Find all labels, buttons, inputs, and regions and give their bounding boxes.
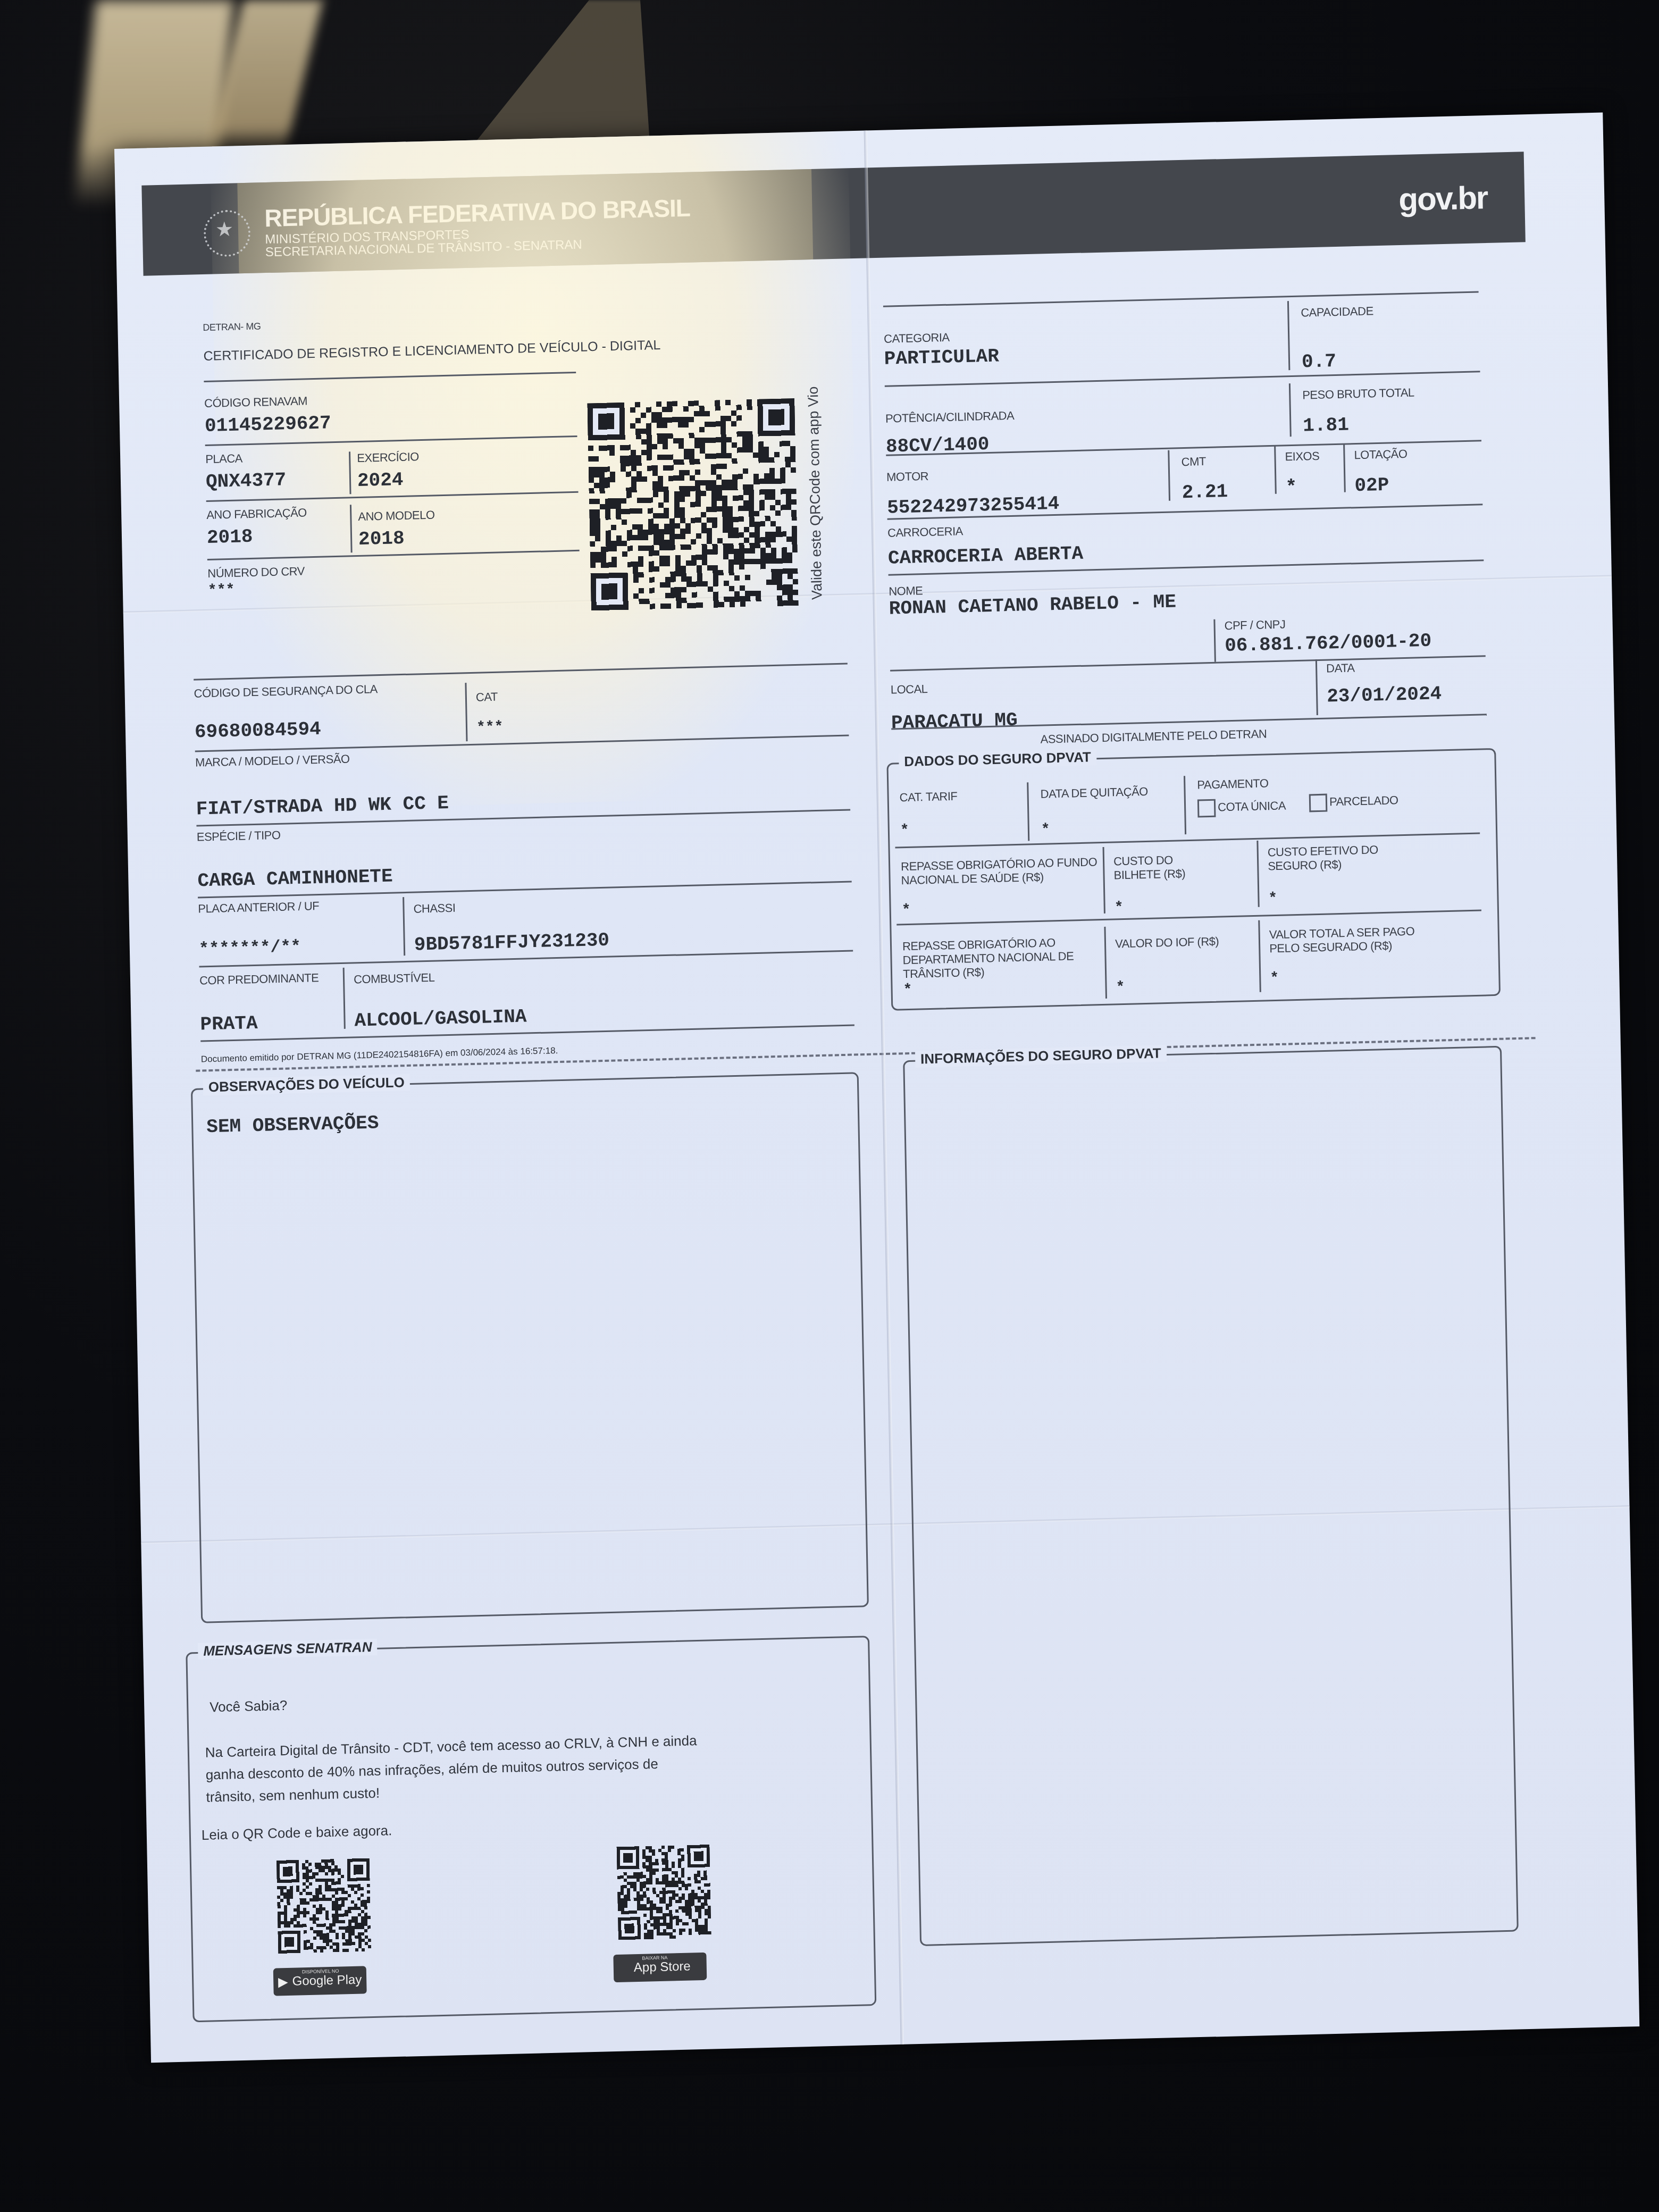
govbr-logo: gov.br [1398, 179, 1488, 218]
crv-label: NÚMERO DO CRV [207, 564, 305, 580]
observacoes-text: SEM OBSERVAÇÕES [206, 1112, 379, 1138]
dpvat-box: DADOS DO SEGURO DPVAT CAT. TARIF * DATA … [886, 748, 1501, 1011]
ano-modelo-label: ANO MODELO [358, 508, 435, 524]
exercicio-label: EXERCÍCIO [357, 450, 419, 465]
repasse-fns-label: REPASSE OBRIGATÓRIO AO FUNDO NACIONAL DE… [901, 855, 1103, 887]
ano-modelo-value: 2018 [358, 527, 405, 550]
ano-fabricacao-label: ANO FABRICAÇÃO [206, 506, 307, 522]
nome-value: RONAN CAETANO RABELO - ME [889, 591, 1176, 619]
valor-iof-value: * [1116, 979, 1125, 996]
info-dpvat-box: INFORMAÇÕES DO SEGURO DPVAT [903, 1046, 1519, 1946]
cmt-label: CMT [1181, 455, 1206, 469]
checkbox-parcelado[interactable] [1309, 794, 1328, 812]
renavam-value: 01145229627 [205, 412, 331, 437]
google-play-badge[interactable]: ▶ DISPONÍVEL NO Google Play [273, 1966, 367, 1996]
custo-bilhete-value: * [1114, 900, 1123, 916]
combustivel-label: COMBUSTÍVEL [354, 971, 435, 987]
cpf-cnpj-value: 06.881.762/0001-20 [1225, 630, 1432, 657]
pagamento-cota-unica[interactable]: COTA ÚNICA [1197, 798, 1286, 818]
nome-label: NOME [889, 584, 923, 599]
placa-label: PLACA [205, 451, 242, 466]
peso-bruto-label: PESO BRUTO TOTAL [1302, 386, 1414, 402]
observacoes-box: OBSERVAÇÕES DO VEÍCULO SEM OBSERVAÇÕES [191, 1072, 869, 1623]
carroceria-value: CARROCERIA ABERTA [888, 543, 1084, 569]
mensagens-title: MENSAGENS SENATRAN [198, 1639, 378, 1660]
mensagens-body: Na Carteira Digital de Trânsito - CDT, v… [205, 1729, 711, 1808]
peso-bruto-value: 1.81 [1303, 414, 1349, 437]
cpf-cnpj-label: CPF / CNPJ [1224, 617, 1285, 633]
data-quitacao-value: * [1041, 822, 1050, 838]
especie-tipo-value: CARGA CAMINHONETE [197, 866, 393, 892]
observacoes-title: OBSERVAÇÕES DO VEÍCULO [203, 1074, 410, 1095]
repasse-denatran-label: REPASSE OBRIGATÓRIO AO DEPARTAMENTO NACI… [902, 935, 1105, 981]
capacidade-value: 0.7 [1302, 350, 1337, 373]
ano-fabricacao-value: 2018 [207, 526, 253, 549]
cat-tarif-value: * [900, 823, 909, 839]
sunlight-streak [204, 0, 323, 160]
categoria-label: CATEGORIA [884, 331, 950, 346]
data-label: DATA [1326, 661, 1355, 675]
local-label: LOCAL [891, 682, 928, 697]
cor-value: PRATA [200, 1012, 258, 1036]
eixos-label: EIXOS [1285, 449, 1319, 464]
dpvat-title: DADOS DO SEGURO DPVAT [899, 749, 1096, 770]
header-banner: REPÚBLICA FEDERATIVA DO BRASIL MINISTÉRI… [141, 152, 1526, 275]
paper-fold [123, 575, 1612, 613]
categoria-value: PARTICULAR [884, 345, 999, 370]
valor-total-label: VALOR TOTAL A SER PAGO PELO SEGURADO (R$… [1269, 924, 1445, 956]
document-title: CERTIFICADO DE REGISTRO E LICENCIAMENTO … [203, 338, 660, 364]
valor-iof-label: VALOR DO IOF (R$) [1115, 935, 1219, 951]
marca-modelo-value: FIAT/STRADA HD WK CC E [196, 792, 449, 820]
cla-value: 69680084594 [195, 718, 321, 743]
checkbox-cota-unica[interactable] [1197, 799, 1216, 818]
placa-value: QNX4377 [206, 469, 287, 493]
mensagens-box: MENSAGENS SENATRAN Você Sabia? Na Cartei… [186, 1636, 876, 2022]
app-store-qr-code[interactable] [616, 1844, 711, 1941]
google-play-icon: ▶ [278, 1974, 288, 1990]
placa-anterior-value: *******/** [199, 937, 301, 959]
data-value: 23/01/2024 [1327, 683, 1442, 707]
custo-bilhete-label: CUSTO DO BILHETE (R$) [1113, 852, 1204, 882]
motor-label: MOTOR [886, 470, 928, 484]
cat-label: CAT [476, 690, 498, 705]
info-dpvat-title: INFORMAÇÕES DO SEGURO DPVAT [915, 1045, 1167, 1068]
capacidade-label: CAPACIDADE [1301, 304, 1373, 320]
chassi-label: CHASSI [413, 901, 455, 916]
valor-total-value: * [1270, 970, 1279, 987]
marca-modelo-label: MARCA / MODELO / VERSÃO [195, 752, 350, 770]
pagamento-parcelado[interactable]: PARCELADO [1309, 792, 1398, 812]
mensagens-heading: Você Sabia? [210, 1694, 288, 1719]
issuer-label: DETRAN- MG [203, 321, 261, 333]
app-store-badge[interactable]: Baixar na App Store [613, 1953, 707, 1982]
lotacao-value: 02P [1354, 474, 1389, 497]
crlv-document: REPÚBLICA FEDERATIVA DO BRASIL MINISTÉRI… [114, 113, 1639, 2063]
custo-efetivo-label: CUSTO EFETIVO DO SEGURO (R$) [1268, 843, 1390, 874]
repasse-denatran-value: * [903, 982, 912, 999]
qr-validation-note: Valide este QRCode com app Vio [805, 386, 826, 600]
repasse-fns-value: * [901, 902, 910, 919]
validation-qr-code[interactable] [587, 398, 799, 616]
exercicio-value: 2024 [357, 469, 404, 492]
mensagens-cta: Leia o QR Code e baixe agora. [202, 1819, 392, 1846]
local-value: PARACATU MG [891, 709, 1018, 734]
lotacao-label: LOTAÇÃO [1354, 447, 1407, 462]
cla-label: CÓDIGO DE SEGURANÇA DO CLA [194, 682, 378, 700]
placa-anterior-label: PLACA ANTERIOR / UF [198, 899, 319, 916]
especie-tipo-label: ESPÉCIE / TIPO [197, 828, 281, 844]
custo-efetivo-value: * [1268, 891, 1277, 907]
signature-note: ASSINADO DIGITALMENTE PELO DETRAN [1040, 727, 1267, 746]
renavam-label: CÓDIGO RENAVAM [204, 394, 307, 410]
data-quitacao-label: DATA DE QUITAÇÃO [1040, 785, 1148, 801]
eixos-value: * [1285, 476, 1297, 499]
cmt-value: 2.21 [1182, 481, 1228, 504]
potencia-label: POTÊNCIA/CILINDRADA [885, 409, 1015, 426]
cat-value: *** [476, 719, 504, 736]
chassi-value: 9BD5781FFJY231230 [414, 929, 609, 956]
carroceria-label: CARROCERIA [887, 524, 963, 540]
pagamento-label: PAGAMENTO [1197, 776, 1269, 792]
cor-label: COR PREDOMINANTE [199, 971, 319, 987]
cat-tarif-label: CAT. TARIF [899, 790, 957, 805]
combustivel-value: ALCOOL/GASOLINA [354, 1006, 527, 1032]
google-play-qr-code[interactable] [276, 1857, 371, 1955]
crv-value: *** [208, 582, 235, 599]
